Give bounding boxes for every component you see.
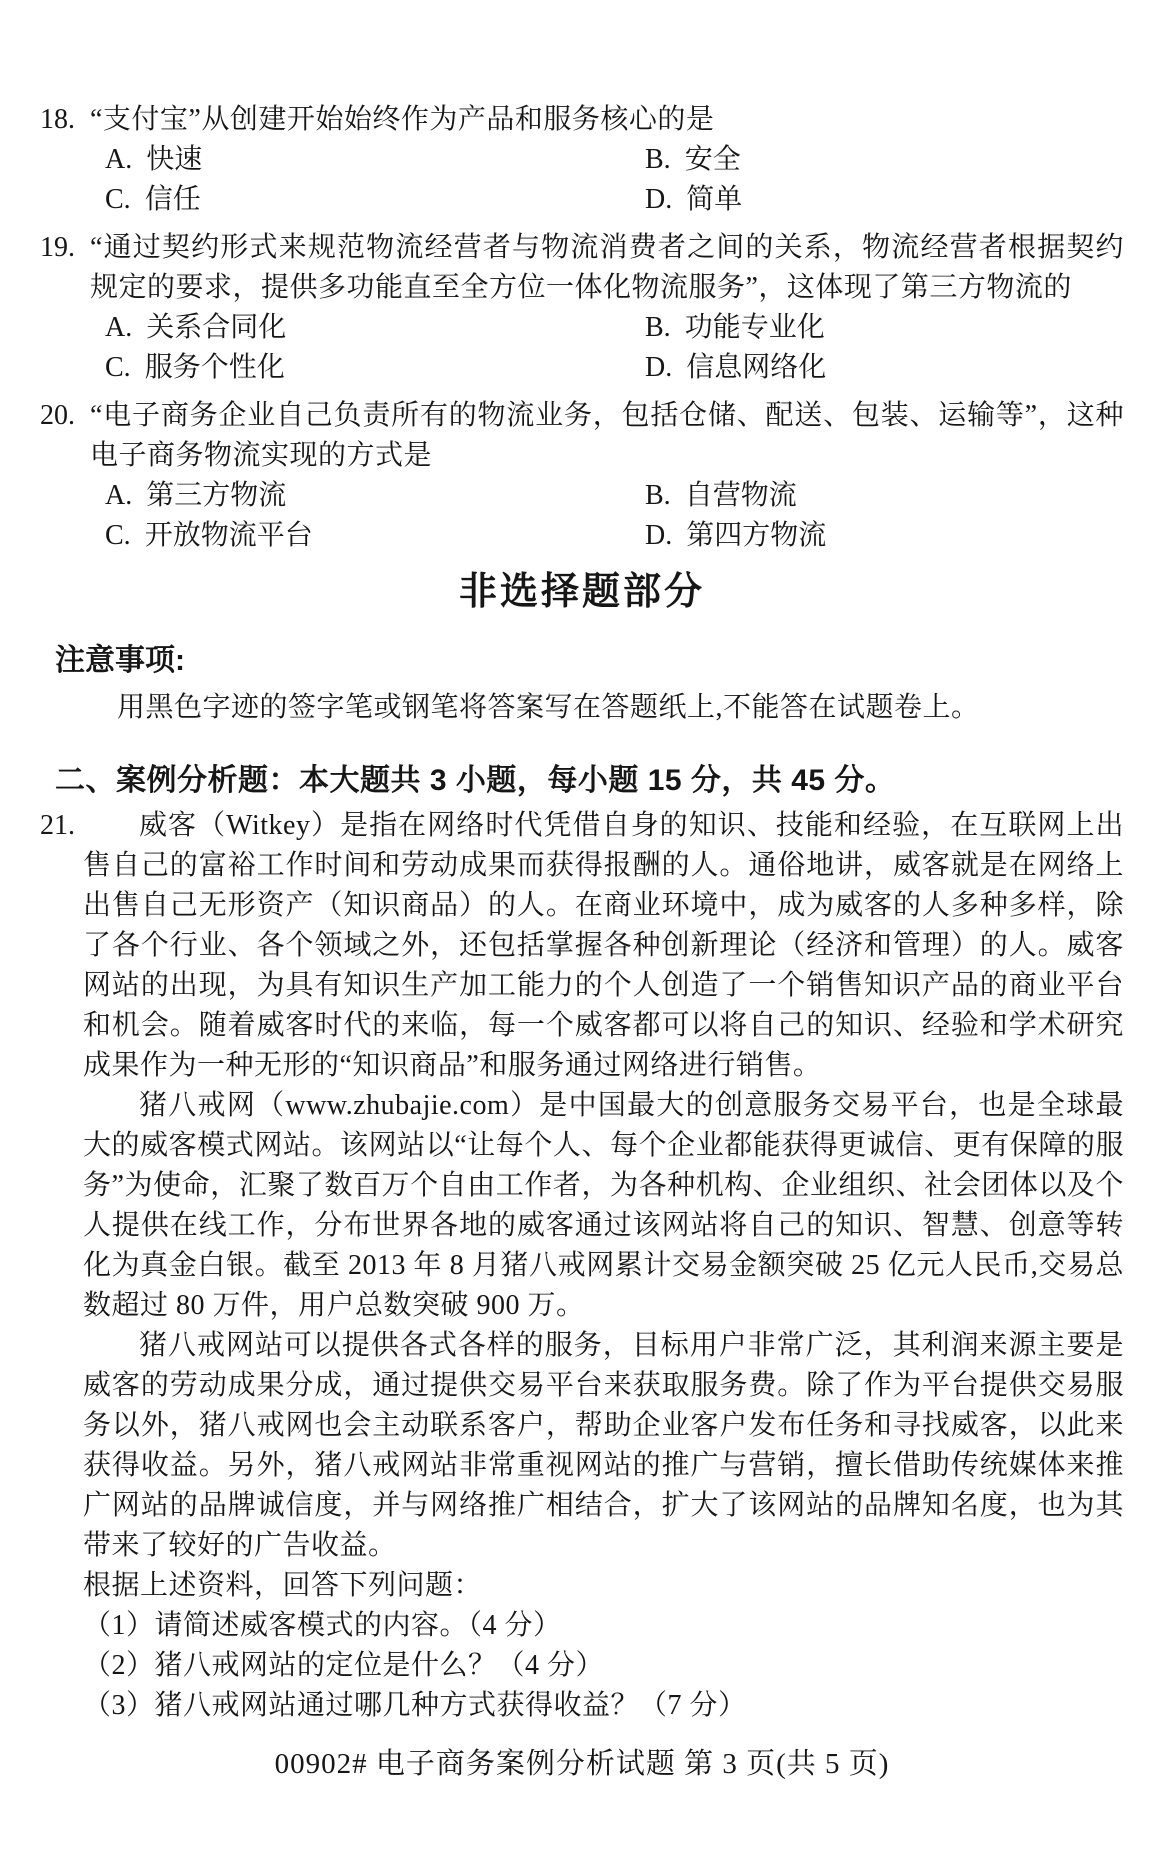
question-text: “电子商务企业自己负责所有的物流业务，包括仓储、配送、包装、运输等”，这种电子商… xyxy=(90,396,1124,476)
option-text: 第四方物流 xyxy=(686,516,826,556)
case-paragraph-1: 威客（Witkey）是指在网络时代凭借自身的知识、技能和经验，在互联网上出售自己… xyxy=(83,806,1124,1086)
option-d: D. 第四方物流 xyxy=(645,516,1124,556)
option-d: D. 信息网络化 xyxy=(645,348,1124,388)
option-row: A. 关系合同化 B. 功能专业化 xyxy=(105,308,1124,348)
option-label: C. xyxy=(105,348,131,388)
question-number: 20. xyxy=(40,396,90,436)
option-b: B. 自营物流 xyxy=(645,476,1124,516)
option-row: A. 快速 B. 安全 xyxy=(105,140,1124,180)
case-paragraph-3: 猪八戒网站可以提供各式各样的服务，目标用户非常广泛，其利润来源主要是威客的劳动成… xyxy=(83,1326,1124,1566)
option-text: 功能专业化 xyxy=(685,308,825,348)
notice-title: 注意事项: xyxy=(55,640,1124,682)
option-label: A. xyxy=(105,140,132,180)
mcq-section: 18. “支付宝”从创建开始始终作为产品和服务核心的是 A. 快速 B. 安全 … xyxy=(40,100,1124,556)
option-text: 开放物流平台 xyxy=(145,516,313,556)
question-19-options: A. 关系合同化 B. 功能专业化 C. 服务个性化 D. 信息 xyxy=(90,308,1124,388)
sub-question-3: （3）猪八戒网站通过哪几种方式获得收益？（7 分） xyxy=(83,1686,1124,1726)
option-text: 服务个性化 xyxy=(145,348,285,388)
option-a: A. 第三方物流 xyxy=(105,476,645,516)
option-row: C. 服务个性化 D. 信息网络化 xyxy=(105,348,1124,388)
option-a: A. 快速 xyxy=(105,140,645,180)
option-label: B. xyxy=(645,308,671,348)
option-label: C. xyxy=(105,516,131,556)
option-text: 信息网络化 xyxy=(686,348,826,388)
option-label: D. xyxy=(645,348,672,388)
question-18-options: A. 快速 B. 安全 C. 信任 D. 简单 xyxy=(90,140,1124,220)
option-row: C. 信任 D. 简单 xyxy=(105,180,1124,220)
option-text: 简单 xyxy=(686,180,742,220)
option-text: 安全 xyxy=(685,140,741,180)
option-label: C. xyxy=(105,180,131,220)
option-text: 关系合同化 xyxy=(146,308,286,348)
exam-page: 18. “支付宝”从创建开始始终作为产品和服务核心的是 A. 快速 B. 安全 … xyxy=(0,0,1164,1862)
question-18: 18. “支付宝”从创建开始始终作为产品和服务核心的是 A. 快速 B. 安全 … xyxy=(40,100,1124,220)
case-section-heading: 二、案例分析题：本大题共 3 小题，每小题 15 分，共 45 分。 xyxy=(55,760,1124,802)
option-row: C. 开放物流平台 D. 第四方物流 xyxy=(105,516,1124,556)
option-a: A. 关系合同化 xyxy=(105,308,645,348)
question-19: 19. “通过契约形式来规范物流经营者与物流消费者之间的关系，物流经营者根据契约… xyxy=(40,228,1124,388)
case-paragraph-2: 猪八戒网（www.zhubajie.com）是中国最大的创意服务交易平台，也是全… xyxy=(83,1086,1124,1326)
case-prompt: 根据上述资料，回答下列问题： xyxy=(83,1566,1124,1606)
option-text: 自营物流 xyxy=(685,476,797,516)
case-body: 威客（Witkey）是指在网络时代凭借自身的知识、技能和经验，在互联网上出售自己… xyxy=(83,806,1124,1726)
option-d: D. 简单 xyxy=(645,180,1124,220)
question-20: 20. “电子商务企业自己负责所有的物流业务，包括仓储、配送、包装、运输等”，这… xyxy=(40,396,1124,556)
question-number: 19. xyxy=(40,228,90,268)
question-number: 18. xyxy=(40,100,90,140)
question-text: “支付宝”从创建开始始终作为产品和服务核心的是 xyxy=(90,100,1124,140)
sub-question-1: （1）请简述威客模式的内容。（4 分） xyxy=(83,1606,1124,1646)
question-text: “通过契约形式来规范物流经营者与物流消费者之间的关系，物流经营者根据契约规定的要… xyxy=(90,228,1124,308)
option-b: B. 功能专业化 xyxy=(645,308,1124,348)
question-21: 21. 威客（Witkey）是指在网络时代凭借自身的知识、技能和经验，在互联网上… xyxy=(40,806,1124,1726)
option-label: A. xyxy=(105,476,132,516)
option-c: C. 信任 xyxy=(105,180,645,220)
option-label: B. xyxy=(645,476,671,516)
option-label: D. xyxy=(645,516,672,556)
notice-body: 用黑色字迹的签字笔或钢笔将答案写在答题纸上,不能答在试题卷上。 xyxy=(40,688,1124,728)
section-header: 非选择题部分 xyxy=(40,566,1124,618)
question-number: 21. xyxy=(40,806,90,846)
option-label: A. xyxy=(105,308,132,348)
option-row: A. 第三方物流 B. 自营物流 xyxy=(105,476,1124,516)
sub-question-2: （2）猪八戒网站的定位是什么？（4 分） xyxy=(83,1646,1124,1686)
option-text: 快速 xyxy=(146,140,202,180)
question-20-options: A. 第三方物流 B. 自营物流 C. 开放物流平台 D. 第四 xyxy=(90,476,1124,556)
page-footer: 00902# 电子商务案例分析试题 第 3 页(共 5 页) xyxy=(40,1744,1124,1784)
option-b: B. 安全 xyxy=(645,140,1124,180)
option-label: D. xyxy=(645,180,672,220)
option-c: C. 开放物流平台 xyxy=(105,516,645,556)
option-label: B. xyxy=(645,140,671,180)
option-text: 第三方物流 xyxy=(146,476,286,516)
option-text: 信任 xyxy=(145,180,201,220)
option-c: C. 服务个性化 xyxy=(105,348,645,388)
